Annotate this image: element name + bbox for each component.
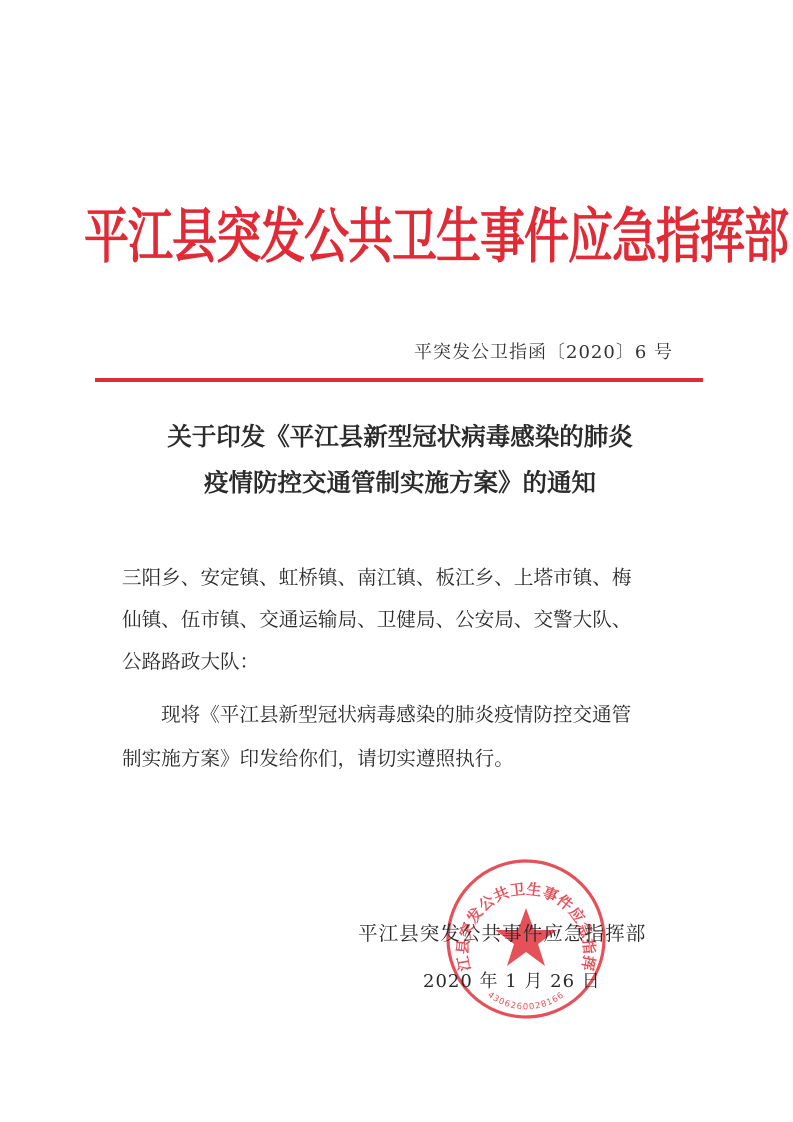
addressee-line-2: 仙镇、伍市镇、交通运输局、卫健局、公安局、交警大队、: [122, 599, 697, 641]
notice-body: 现将《平江县新型冠状病毒感染的肺炎疫情防控交通管 制实施方案》印发给你们，请切实…: [122, 693, 697, 781]
addressee-line-1: 三阳乡、安定镇、虹桥镇、南江镇、板江乡、上塔市镇、梅: [122, 557, 697, 599]
red-divider-line: [95, 378, 703, 382]
addressee-line-3: 公路路政大队：: [122, 641, 697, 683]
seal-arc-text: 平江县突发公共卫生事件应急指挥部: [445, 858, 598, 973]
body-line-1: 现将《平江县新型冠状病毒感染的肺炎疫情防控交通管: [122, 693, 697, 737]
svg-text:平江县突发公共卫生事件应急指挥部: 平江县突发公共卫生事件应急指挥部: [445, 858, 598, 973]
issuer-signature: 平江县突发公共事件应急指挥部: [358, 922, 646, 946]
masthead-title: 平江县突发公共卫生事件应急指挥部: [84, 178, 708, 297]
notice-title: 关于印发《平江县新型冠状病毒感染的肺炎 疫情防控交通管制实施方案》的通知: [100, 414, 700, 506]
issue-date: 2020 年 1 月 26 日: [423, 970, 601, 994]
title-line-1: 关于印发《平江县新型冠状病毒感染的肺炎: [100, 414, 700, 460]
addressee-list: 三阳乡、安定镇、虹桥镇、南江镇、板江乡、上塔市镇、梅 仙镇、伍市镇、交通运输局、…: [122, 557, 697, 683]
body-line-2: 制实施方案》印发给你们，请切实遵照执行。: [122, 737, 697, 781]
document-number: 平突发公卫指函〔2020〕6 号: [414, 338, 673, 364]
document-page: 平江县突发公共卫生事件应急指挥部 平突发公卫指函〔2020〕6 号 关于印发《平…: [0, 0, 793, 1122]
title-line-2: 疫情防控交通管制实施方案》的通知: [100, 460, 700, 506]
